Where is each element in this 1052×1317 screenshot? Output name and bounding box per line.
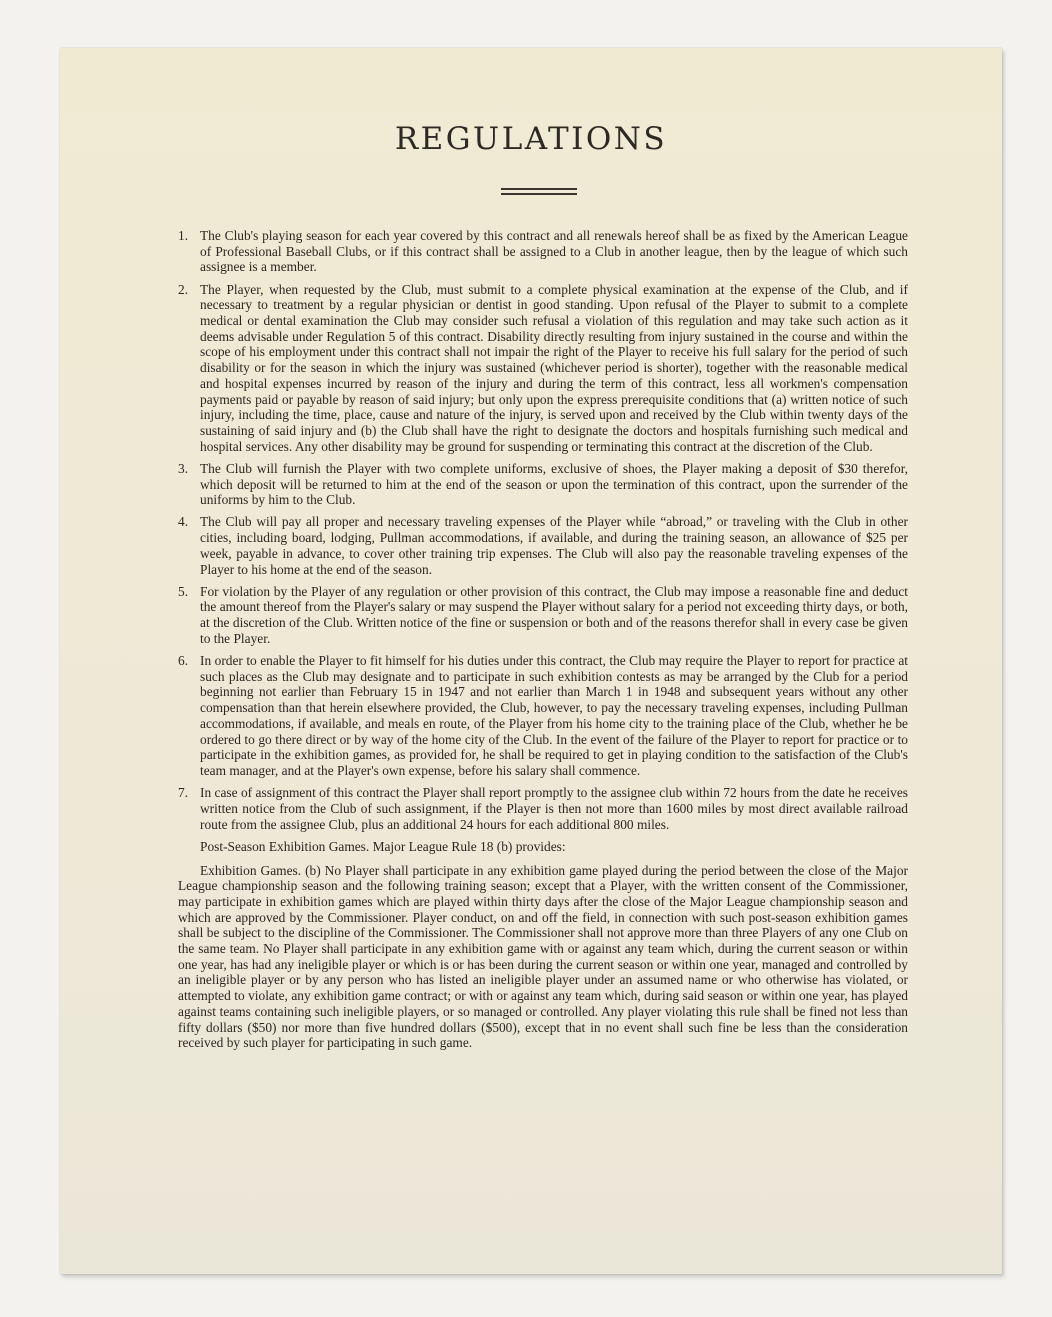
regulation-number: 3. [178, 461, 200, 508]
regulation-number: 1. [178, 228, 200, 275]
regulation-text: The Club's playing season for each year … [200, 228, 908, 275]
regulation-item: 5. For violation by the Player of any re… [178, 584, 908, 647]
regulation-text: The Player, when requested by the Club, … [200, 282, 908, 455]
regulation-text: The Club will furnish the Player with tw… [200, 461, 908, 508]
post-season-heading: Post-Season Exhibition Games. Major Leag… [178, 839, 908, 855]
regulation-text: For violation by the Player of any regul… [200, 584, 908, 647]
regulation-text: In case of assignment of this contract t… [200, 785, 908, 832]
regulation-item: 3. The Club will furnish the Player with… [178, 461, 908, 508]
document-page: REGULATIONS 1. The Club's playing season… [60, 48, 1002, 1274]
title-double-rule-divider [501, 188, 577, 195]
regulation-item: 2. The Player, when requested by the Clu… [178, 282, 908, 455]
regulations-body: 1. The Club's playing season for each ye… [178, 228, 908, 1051]
regulation-item: 6. In order to enable the Player to fit … [178, 653, 908, 779]
exhibition-rule-text: Exhibition Games. (b) No Player shall pa… [178, 863, 908, 1051]
regulation-number: 4. [178, 514, 200, 577]
regulation-item: 1. The Club's playing season for each ye… [178, 228, 908, 275]
regulation-text: The Club will pay all proper and necessa… [200, 514, 908, 577]
regulation-number: 6. [178, 653, 200, 779]
regulation-text: In order to enable the Player to fit him… [200, 653, 908, 779]
regulation-number: 7. [178, 785, 200, 832]
regulation-number: 5. [178, 584, 200, 647]
page-title: REGULATIONS [60, 121, 1002, 157]
regulation-number: 2. [178, 282, 200, 455]
regulation-item: 4. The Club will pay all proper and nece… [178, 514, 908, 577]
regulation-item: 7. In case of assignment of this contrac… [178, 785, 908, 832]
